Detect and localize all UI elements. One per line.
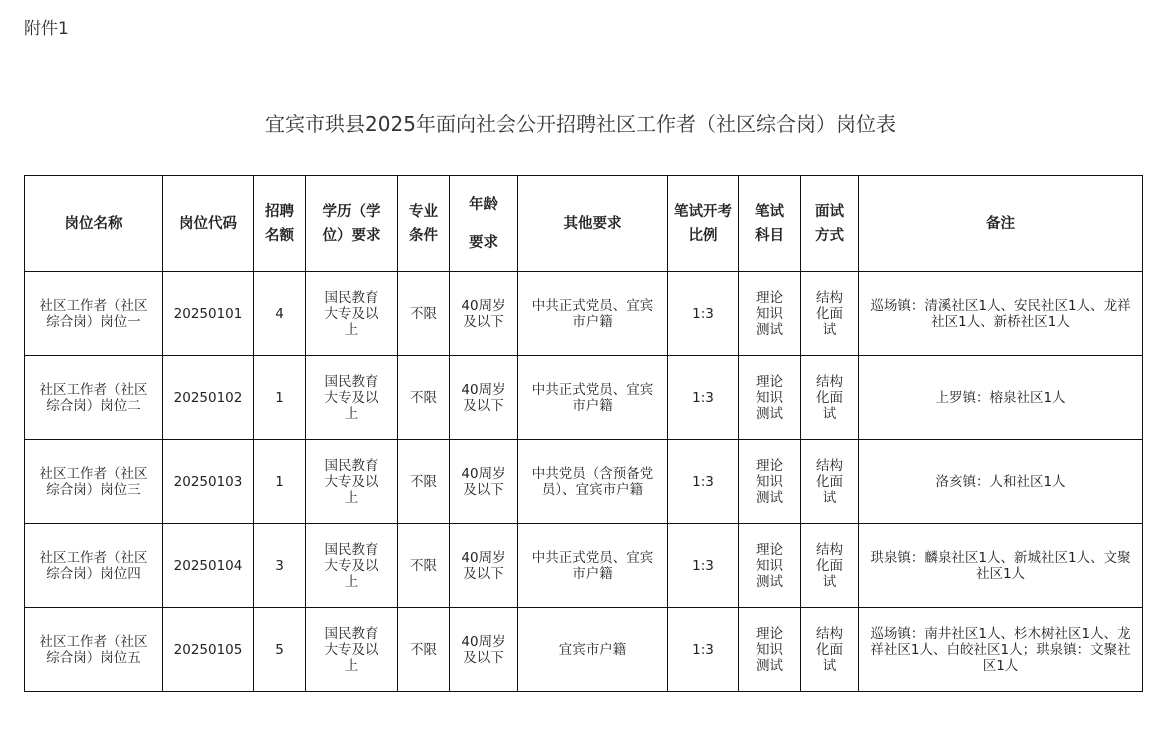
cell-education: 国民教育大专及以上 <box>306 524 398 608</box>
cell-exam-subject: 理论知识测试 <box>739 272 801 356</box>
cell-other: 中共党员（含预备党员）、宜宾市户籍 <box>518 440 668 524</box>
header-remarks: 备注 <box>859 176 1143 272</box>
cell-other: 中共正式党员、宜宾市户籍 <box>518 356 668 440</box>
header-post-code: 岗位代码 <box>163 176 254 272</box>
cell-post-code: 20250104 <box>163 524 254 608</box>
cell-quota: 1 <box>254 356 306 440</box>
cell-other: 中共正式党员、宜宾市户籍 <box>518 524 668 608</box>
cell-interview: 结构化面试 <box>801 440 859 524</box>
cell-quota: 3 <box>254 524 306 608</box>
cell-post-name: 社区工作者（社区综合岗）岗位二 <box>25 356 163 440</box>
cell-post-name: 社区工作者（社区综合岗）岗位一 <box>25 272 163 356</box>
header-post-name: 岗位名称 <box>25 176 163 272</box>
attachment-label: 附件1 <box>24 14 69 39</box>
cell-education: 国民教育大专及以上 <box>306 608 398 692</box>
cell-exam-subject: 理论知识测试 <box>739 608 801 692</box>
cell-major: 不限 <box>398 524 450 608</box>
cell-quota: 5 <box>254 608 306 692</box>
header-row: 岗位名称 岗位代码 招聘名额 学历（学位）要求 专业条件 年龄 要求 其他要求 … <box>25 176 1143 272</box>
cell-exam-ratio: 1:3 <box>668 356 739 440</box>
cell-education: 国民教育大专及以上 <box>306 356 398 440</box>
cell-exam-ratio: 1:3 <box>668 440 739 524</box>
cell-quota: 4 <box>254 272 306 356</box>
cell-interview: 结构化面试 <box>801 524 859 608</box>
cell-major: 不限 <box>398 272 450 356</box>
cell-remarks: 洛亥镇：人和社区1人 <box>859 440 1143 524</box>
header-exam-ratio: 笔试开考比例 <box>668 176 739 272</box>
cell-age: 40周岁及以下 <box>450 272 518 356</box>
cell-exam-ratio: 1:3 <box>668 524 739 608</box>
cell-post-name: 社区工作者（社区综合岗）岗位三 <box>25 440 163 524</box>
cell-post-name: 社区工作者（社区综合岗）岗位四 <box>25 524 163 608</box>
header-exam-subject: 笔试科目 <box>739 176 801 272</box>
table-row: 社区工作者（社区综合岗）岗位二 20250102 1 国民教育大专及以上 不限 … <box>25 356 1143 440</box>
cell-remarks: 巡场镇：清溪社区1人、安民社区1人、龙祥社区1人、新桥社区1人 <box>859 272 1143 356</box>
header-age-line1: 年龄 <box>456 193 511 217</box>
cell-post-code: 20250105 <box>163 608 254 692</box>
cell-major: 不限 <box>398 608 450 692</box>
cell-quota: 1 <box>254 440 306 524</box>
cell-exam-subject: 理论知识测试 <box>739 524 801 608</box>
cell-exam-subject: 理论知识测试 <box>739 440 801 524</box>
cell-post-code: 20250101 <box>163 272 254 356</box>
cell-exam-ratio: 1:3 <box>668 272 739 356</box>
cell-age: 40周岁及以下 <box>450 524 518 608</box>
header-other: 其他要求 <box>518 176 668 272</box>
cell-remarks: 巡场镇：南井社区1人、杉木树社区1人、龙祥社区1人、白皎社区1人；珙泉镇：文聚社… <box>859 608 1143 692</box>
cell-interview: 结构化面试 <box>801 272 859 356</box>
cell-age: 40周岁及以下 <box>450 440 518 524</box>
cell-age: 40周岁及以下 <box>450 356 518 440</box>
post-table: 岗位名称 岗位代码 招聘名额 学历（学位）要求 专业条件 年龄 要求 其他要求 … <box>24 175 1143 692</box>
table-row: 社区工作者（社区综合岗）岗位五 20250105 5 国民教育大专及以上 不限 … <box>25 608 1143 692</box>
cell-interview: 结构化面试 <box>801 608 859 692</box>
cell-other: 中共正式党员、宜宾市户籍 <box>518 272 668 356</box>
cell-other: 宜宾市户籍 <box>518 608 668 692</box>
header-quota: 招聘名额 <box>254 176 306 272</box>
cell-major: 不限 <box>398 440 450 524</box>
cell-major: 不限 <box>398 356 450 440</box>
cell-age: 40周岁及以下 <box>450 608 518 692</box>
table-row: 社区工作者（社区综合岗）岗位四 20250104 3 国民教育大专及以上 不限 … <box>25 524 1143 608</box>
header-age-line2: 要求 <box>469 235 498 251</box>
cell-interview: 结构化面试 <box>801 356 859 440</box>
cell-exam-ratio: 1:3 <box>668 608 739 692</box>
cell-remarks: 珙泉镇：麟泉社区1人、新城社区1人、文聚社区1人 <box>859 524 1143 608</box>
cell-post-code: 20250102 <box>163 356 254 440</box>
cell-exam-subject: 理论知识测试 <box>739 356 801 440</box>
header-education: 学历（学位）要求 <box>306 176 398 272</box>
table-row: 社区工作者（社区综合岗）岗位三 20250103 1 国民教育大专及以上 不限 … <box>25 440 1143 524</box>
table-row: 社区工作者（社区综合岗）岗位一 20250101 4 国民教育大专及以上 不限 … <box>25 272 1143 356</box>
cell-post-code: 20250103 <box>163 440 254 524</box>
document-title: 宜宾市珙县2025年面向社会公开招聘社区工作者（社区综合岗）岗位表 <box>0 108 1161 137</box>
cell-education: 国民教育大专及以上 <box>306 440 398 524</box>
header-major: 专业条件 <box>398 176 450 272</box>
cell-post-name: 社区工作者（社区综合岗）岗位五 <box>25 608 163 692</box>
cell-remarks: 上罗镇：榕泉社区1人 <box>859 356 1143 440</box>
cell-education: 国民教育大专及以上 <box>306 272 398 356</box>
header-interview: 面试方式 <box>801 176 859 272</box>
header-age: 年龄 要求 <box>450 176 518 272</box>
